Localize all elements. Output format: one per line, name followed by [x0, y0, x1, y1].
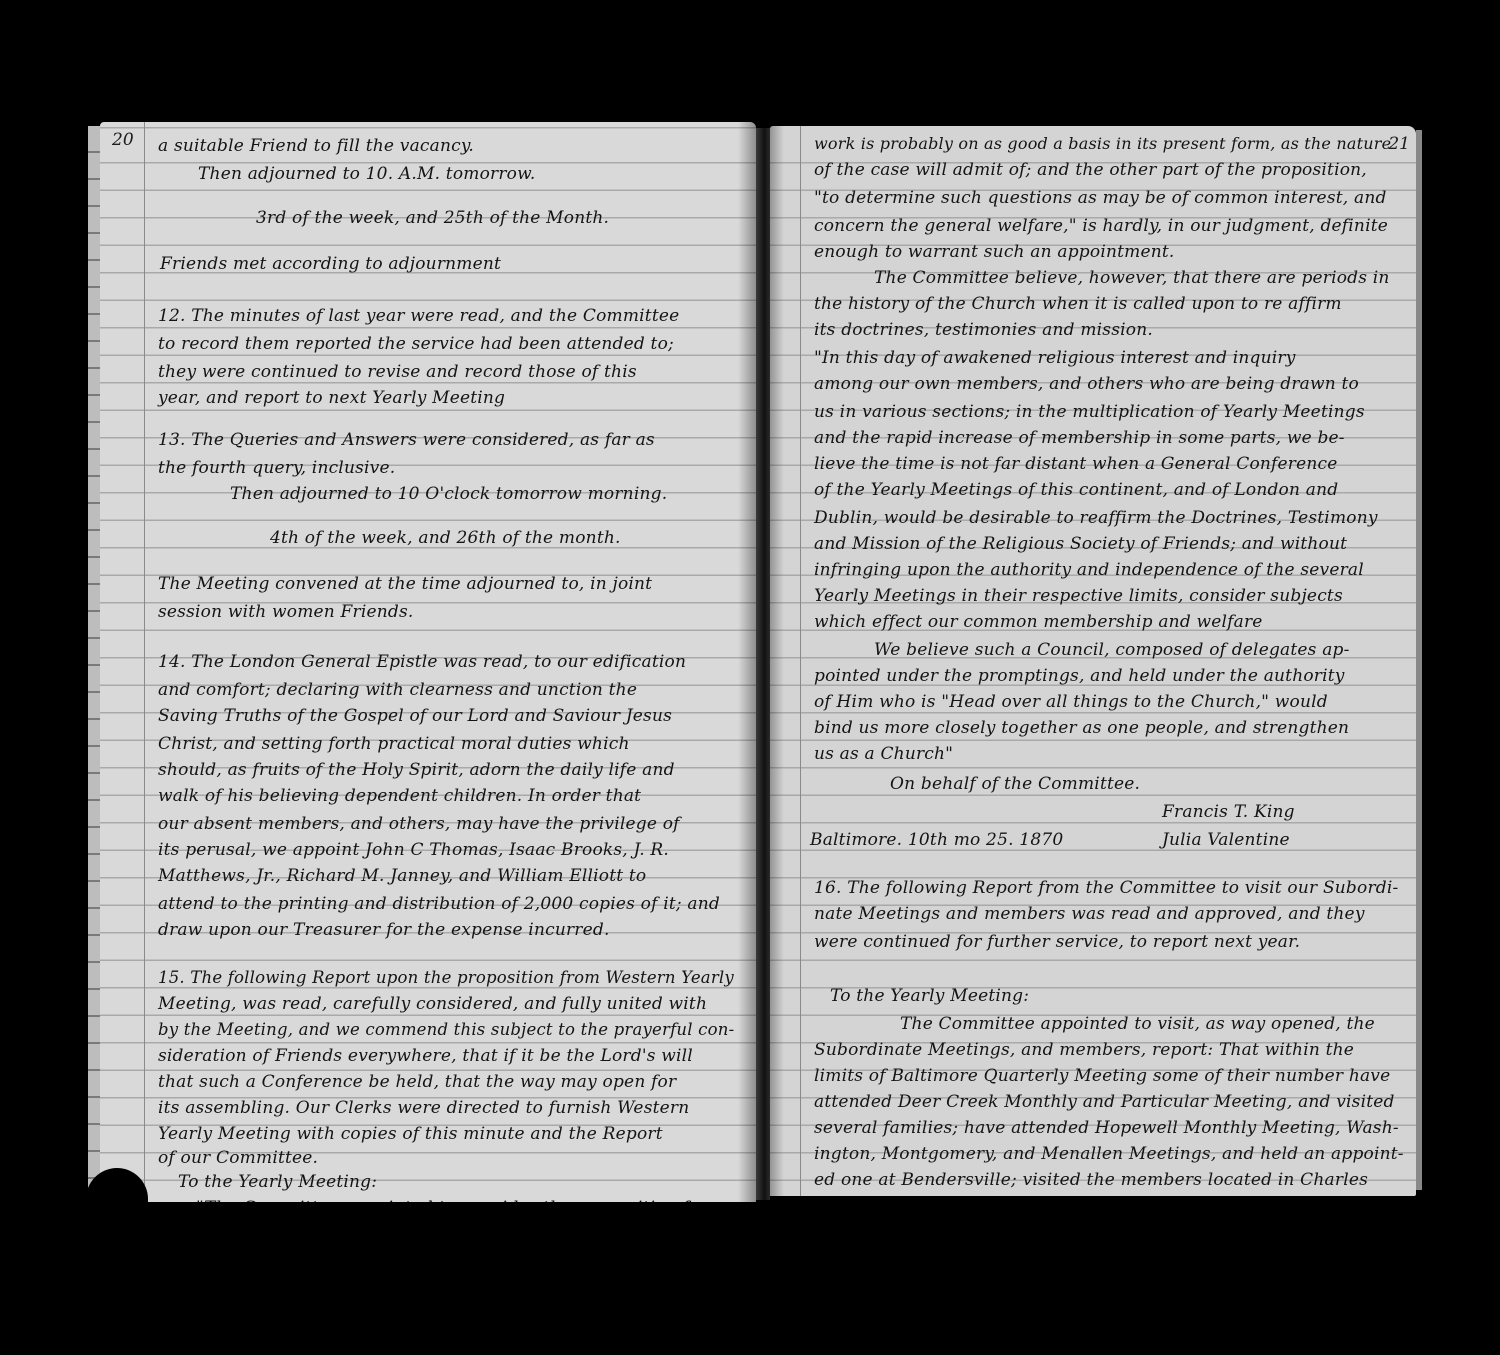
handwritten-line: us in various sections; in the multiplic… — [814, 402, 1365, 422]
handwritten-line: sideration of Friends everywhere, that i… — [158, 1046, 693, 1066]
handwritten-line: The Meeting convened at the time adjourn… — [158, 574, 652, 594]
handwritten-line: 13. The Queries and Answers were conside… — [158, 430, 655, 450]
handwritten-line: walk of his believing dependent children… — [158, 786, 641, 806]
book-gutter — [756, 128, 770, 1200]
handwritten-line: the history of the Church when it is cal… — [814, 294, 1342, 314]
handwritten-line: The Committee appointed to visit, as way… — [900, 1014, 1375, 1034]
handwritten-line: attended Deer Creek Monthly and Particul… — [814, 1092, 1395, 1112]
handwritten-line: work is probably on as good a basis in i… — [814, 134, 1391, 154]
handwritten-line: its assembling. Our Clerks were directed… — [158, 1098, 689, 1118]
handwritten-line: Baltimore. 10th mo 25. 1870 — [810, 830, 1063, 850]
handwritten-line: The Committee believe, however, that the… — [874, 268, 1390, 288]
handwritten-line: Francis T. King — [1162, 802, 1295, 822]
right-margin-rule — [800, 126, 801, 1196]
thumb-shadow — [86, 1168, 148, 1238]
handwritten-line: 15. The following Report upon the propos… — [158, 968, 734, 988]
right-page: 21 work is probably on as good a basis i… — [770, 126, 1416, 1196]
handwritten-line: were continued for further service, to r… — [814, 932, 1300, 952]
handwritten-line: to record them reported the service had … — [158, 334, 674, 354]
handwritten-line: of the Yearly Meetings of this continent… — [814, 480, 1338, 500]
handwritten-line: 3rd of the week, and 25th of the Month. — [256, 208, 609, 228]
handwritten-line: Then adjourned to 10 O'clock tomorrow mo… — [230, 484, 667, 504]
handwritten-line: To the Yearly Meeting: — [178, 1172, 377, 1192]
handwritten-line: should, as fruits of the Holy Spirit, ad… — [158, 760, 675, 780]
handwritten-line: by the Meeting, and we commend this subj… — [158, 1020, 734, 1040]
handwritten-line: We believe such a Council, composed of d… — [874, 640, 1350, 660]
handwritten-line: lieve the time is not far distant when a… — [814, 454, 1338, 474]
handwritten-line: of our Committee. — [158, 1148, 318, 1168]
left-margin-rule — [144, 122, 145, 1202]
handwritten-line: Saving Truths of the Gospel of our Lord … — [158, 706, 672, 726]
handwritten-line: the fourth query, inclusive. — [158, 458, 395, 478]
handwritten-line: 12. The minutes of last year were read, … — [158, 306, 679, 326]
handwritten-line: Yearly Meetings in their respective limi… — [814, 586, 1343, 606]
handwritten-line: ington, Montgomery, and Menallen Meeting… — [814, 1144, 1404, 1164]
handwritten-line: draw upon our Treasurer for the expense … — [158, 920, 610, 940]
handwritten-line: limits of Baltimore Quarterly Meeting so… — [814, 1066, 1390, 1086]
handwritten-line: they were continued to revise and record… — [158, 362, 637, 382]
left-page-number: 20 — [112, 130, 134, 150]
handwritten-line: 4th of the week, and 26th of the month. — [270, 528, 621, 548]
handwritten-line: enough to warrant such an appointment. — [814, 242, 1175, 262]
handwritten-line: Friends met according to adjournment — [160, 254, 501, 274]
handwritten-line: of Him who is "Head over all things to t… — [814, 692, 1328, 712]
handwritten-line: Julia Valentine — [1162, 830, 1290, 850]
handwritten-line: that such a Conference be held, that the… — [158, 1072, 676, 1092]
handwritten-line: Then adjourned to 10. A.M. tomorrow. — [198, 164, 535, 184]
handwritten-line: 16. The following Report from the Commit… — [814, 878, 1398, 898]
handwritten-line: "In this day of awakened religious inter… — [814, 348, 1296, 368]
handwritten-line: which effect our common membership and w… — [814, 612, 1263, 632]
handwritten-line: our absent members, and others, may have… — [158, 814, 680, 834]
handwritten-line: among our own members, and others who ar… — [814, 374, 1359, 394]
handwritten-line: pointed under the promptings, and held u… — [814, 666, 1345, 686]
right-page-number: 21 — [1388, 134, 1410, 154]
handwritten-line: year, and report to next Yearly Meeting — [158, 388, 505, 408]
handwritten-line: Meeting, was read, carefully considered,… — [158, 994, 707, 1014]
handwritten-line: nate Meetings and members was read and a… — [814, 904, 1365, 924]
handwritten-line: several families; have attended Hopewell… — [814, 1118, 1399, 1138]
left-page: 20 a suitable Friend to fill the vacancy… — [100, 122, 756, 1202]
handwritten-line: bind us more closely together as one peo… — [814, 718, 1349, 738]
handwritten-line: Christ, and setting forth practical mora… — [158, 734, 630, 754]
left-page-edge — [88, 126, 100, 1206]
handwritten-line: To the Yearly Meeting: — [830, 986, 1029, 1006]
handwritten-line: infringing upon the authority and indepe… — [814, 560, 1364, 580]
handwritten-line: its doctrines, testimonies and mission. — [814, 320, 1153, 340]
handwritten-line: us as a Church" — [814, 744, 953, 764]
handwritten-line: Dublin, would be desirable to reaffirm t… — [814, 508, 1378, 528]
handwritten-line: a suitable Friend to fill the vacancy. — [158, 136, 474, 156]
handwritten-line: Yearly Meeting with copies of this minut… — [158, 1124, 663, 1144]
handwritten-line: concern the general welfare," is hardly,… — [814, 216, 1388, 236]
handwritten-line: and the rapid increase of membership in … — [814, 428, 1345, 448]
handwritten-line: session with women Friends. — [158, 602, 414, 622]
handwritten-line: "The Committee appointed to consider the… — [196, 1198, 724, 1202]
handwritten-line: On behalf of the Committee. — [890, 774, 1140, 794]
handwritten-line: its perusal, we appoint John C Thomas, I… — [158, 840, 669, 860]
handwritten-line: Subordinate Meetings, and members, repor… — [814, 1040, 1354, 1060]
handwritten-line: and Mission of the Religious Society of … — [814, 534, 1347, 554]
handwritten-line: of the case will admit of; and the other… — [814, 160, 1367, 180]
handwritten-line: 14. The London General Epistle was read,… — [158, 652, 686, 672]
handwritten-line: and comfort; declaring with clearness an… — [158, 680, 637, 700]
handwritten-line: Matthews, Jr., Richard M. Janney, and Wi… — [158, 866, 646, 886]
handwritten-line: attend to the printing and distribution … — [158, 894, 720, 914]
handwritten-line: ed one at Bendersville; visited the memb… — [814, 1170, 1368, 1190]
right-page-edge — [1416, 130, 1422, 1190]
handwritten-line: "to determine such questions as may be o… — [814, 188, 1387, 208]
